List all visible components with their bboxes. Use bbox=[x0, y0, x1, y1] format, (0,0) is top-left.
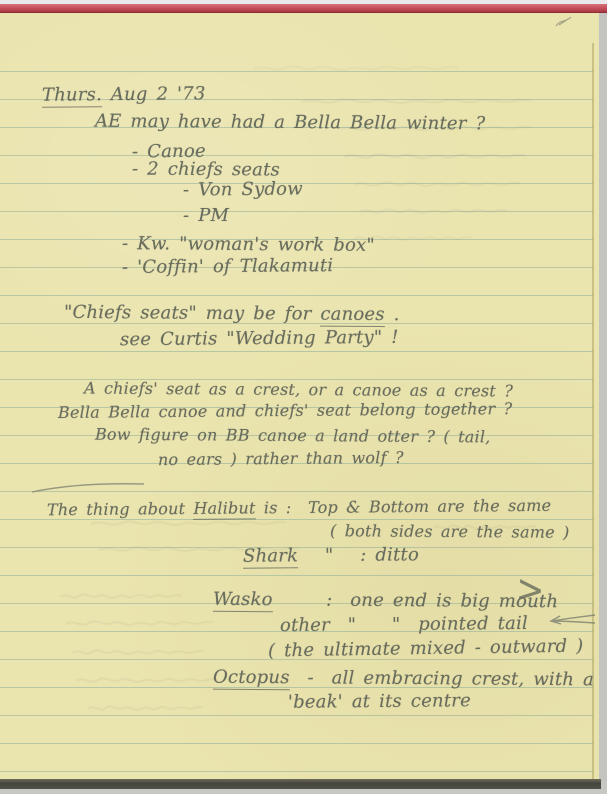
note-line: ( the ultimate mixed - outward ) bbox=[268, 636, 584, 663]
note-line: 'beak' at its centre bbox=[288, 690, 471, 714]
note-line: Bella Bella canoe and chiefs' seat belon… bbox=[58, 398, 513, 424]
underlined-word: Octopus bbox=[213, 667, 290, 691]
note-line: - Von Sydow bbox=[183, 178, 303, 201]
note-line: AE may have had a Bella Bella winter ? bbox=[95, 111, 486, 136]
underlined-word: Thurs. bbox=[42, 84, 102, 108]
note-line: - PM bbox=[183, 205, 229, 227]
note-line: Octopus - all embracing crest, with a bbox=[213, 667, 594, 692]
underlined-word: Wasko bbox=[213, 589, 273, 612]
note-line: no ears ) rather than wolf ? bbox=[158, 447, 404, 471]
note-line: ( both sides are the same ) bbox=[330, 520, 570, 544]
note-line: Wasko : one end is big mouth bbox=[213, 589, 558, 613]
note-line: The thing about Halibut is : Top & Botto… bbox=[47, 495, 551, 521]
note-line: - Kw. "woman's work box" bbox=[122, 233, 375, 257]
handwritten-text-layer: Thurs. Aug 2 '73 AE may have had a Bella… bbox=[0, 0, 607, 794]
note-line: other " " pointed tail bbox=[280, 613, 528, 637]
underlined-word: Shark bbox=[243, 545, 298, 568]
chevron-mark: > bbox=[515, 566, 546, 614]
note-line: Bow figure on BB canoe a land otter ? ( … bbox=[95, 424, 491, 449]
scanned-note-page: Thurs. Aug 2 '73 AE may have had a Bella… bbox=[0, 0, 607, 794]
note-line: see Curtis "Wedding Party" ! bbox=[120, 327, 399, 351]
note-line: "Chiefs seats" may be for canoes . bbox=[64, 302, 400, 326]
note-line: - 'Coffin' of Tlakamuti bbox=[122, 255, 333, 279]
date-heading: Thurs. Aug 2 '73 bbox=[42, 83, 206, 106]
note-line: Shark " : ditto bbox=[243, 544, 419, 568]
underlined-word: Halibut bbox=[193, 498, 255, 520]
underlined-word: canoes bbox=[320, 304, 385, 327]
